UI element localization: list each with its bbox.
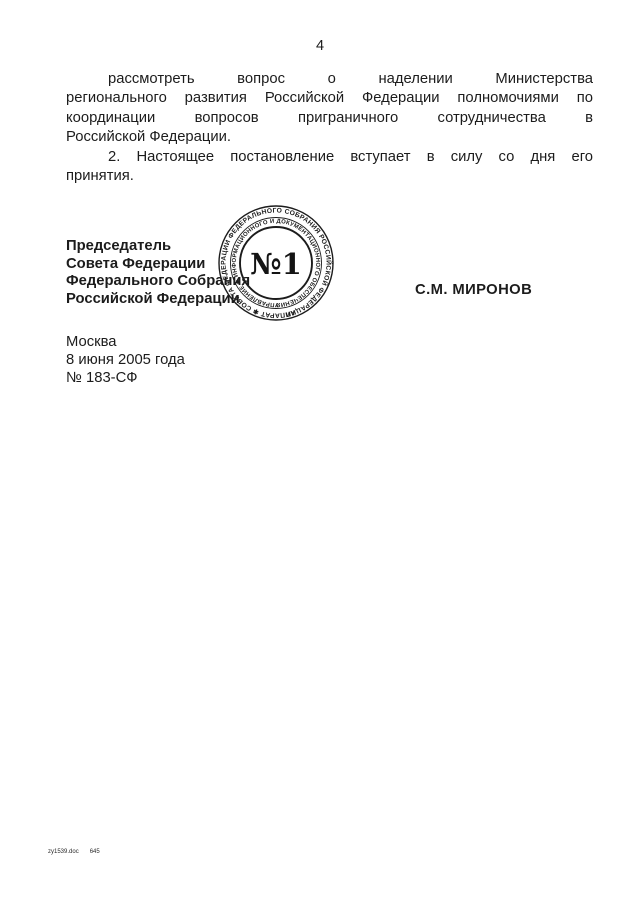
- paragraph-line: регионального развития Российской Федера…: [66, 89, 593, 108]
- page-number: 4: [0, 38, 640, 54]
- issue-details: Москва 8 июня 2005 года № 183-СФ: [66, 334, 185, 387]
- paragraph-line: рассмотреть вопрос о наделении Министерс…: [66, 70, 593, 89]
- seal-icon: АППАРАТ ✱ СОВЕТА ФЕДЕРАЦИИ ФЕДЕРАЛЬНОГО …: [217, 204, 335, 322]
- document-number: № 183-СФ: [66, 370, 185, 388]
- signatory-name: С.М. МИРОНОВ: [415, 282, 532, 298]
- official-seal-stamp: АППАРАТ ✱ СОВЕТА ФЕДЕРАЦИИ ФЕДЕРАЛЬНОГО …: [217, 204, 335, 322]
- footer-file-reference: zy1539.doc645: [48, 849, 100, 856]
- seal-center-number: №1: [250, 247, 302, 281]
- issue-city: Москва: [66, 334, 185, 352]
- paragraph-line: Российской Федерации.: [66, 128, 593, 147]
- document-page: 4 рассмотреть вопрос о наделении Министе…: [0, 0, 640, 900]
- paragraph-line: 2. Настоящее постановление вступает в си…: [66, 148, 593, 167]
- footer-code: 645: [90, 849, 100, 855]
- issue-date: 8 июня 2005 года: [66, 352, 185, 370]
- footer-file-name: zy1539.doc: [48, 849, 79, 855]
- paragraph-line: принятия.: [66, 167, 593, 186]
- document-body: рассмотреть вопрос о наделении Министерс…: [66, 70, 593, 186]
- paragraph-line: координации вопросов приграничного сотру…: [66, 109, 593, 128]
